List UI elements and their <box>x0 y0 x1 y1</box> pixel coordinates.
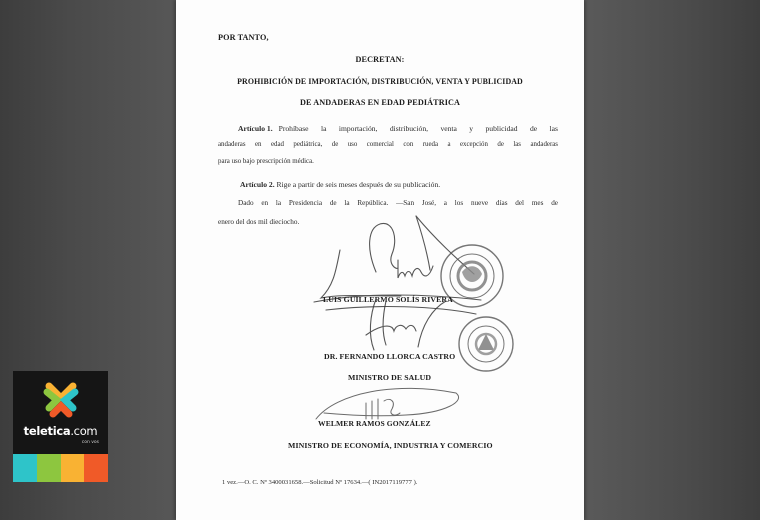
title-line-1: PROHIBICIÓN DE IMPORTACIÓN, DISTRIBUCIÓN… <box>176 77 584 86</box>
article-1-line-2: andaderas en edad pediátrica, de uso com… <box>218 141 558 148</box>
color-bar-green <box>37 454 61 482</box>
signature-health-minister <box>356 295 466 355</box>
teletica-color-bars <box>13 454 108 482</box>
seal-health-ministry-icon <box>456 314 516 374</box>
title-line-2: DE ANDADERAS EN EDAD PEDIÁTRICA <box>176 98 584 107</box>
color-bar-orange <box>84 454 108 482</box>
dado-line-2: enero del dos mil dieciocho. <box>218 218 299 226</box>
teletica-logo: teletica.com con vos <box>13 371 108 482</box>
color-bar-yellow <box>61 454 85 482</box>
teletica-wordmark: teletica.com <box>13 424 108 438</box>
dado-line-1: Dado en la Presidencia de la República. … <box>238 199 558 207</box>
article-2: Artículo 2. Rige a partir de seis meses … <box>240 180 440 189</box>
article-1-label: Artículo 1. <box>238 124 273 133</box>
signatory-1-name: LUIS GUILLERMO SOLÍS RIVERA <box>323 295 453 304</box>
teletica-x-logo-icon <box>39 378 83 422</box>
publication-footer: 1 vez.—O. C. Nº 3400031658.—Solicitud Nº… <box>222 479 417 486</box>
teletica-tagline: con vos <box>82 440 99 445</box>
heading: DECRETAN: <box>176 55 584 64</box>
signatory-3-name: WELMER RAMOS GONZÁLEZ <box>318 419 431 428</box>
article-2-text: Rige a partir de seis meses después de s… <box>277 180 441 189</box>
background-right <box>584 0 760 520</box>
signatory-2-name: DR. FERNANDO LLORCA CASTRO <box>324 352 455 361</box>
article-1-line-1: Artículo 1. Prohíbase la importación, di… <box>238 124 558 133</box>
signatory-3-title: MINISTRO DE ECONOMÍA, INDUSTRIA Y COMERC… <box>288 441 493 450</box>
article-1-line-3: para uso bajo prescripción médica. <box>218 158 314 165</box>
document-page: POR TANTO, DECRETAN: PROHIBICIÓN DE IMPO… <box>176 0 584 520</box>
preamble: POR TANTO, <box>218 33 269 42</box>
article-2-label: Artículo 2. <box>240 180 275 189</box>
signatory-2-title: MINISTRO DE SALUD <box>348 373 431 382</box>
color-bar-cyan <box>13 454 37 482</box>
